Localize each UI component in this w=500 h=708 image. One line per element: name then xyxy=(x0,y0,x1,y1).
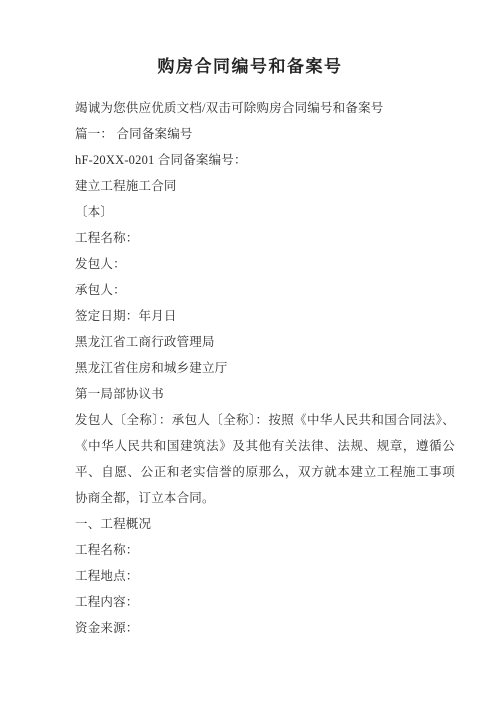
funding-source-label: 资金来源： xyxy=(75,615,455,641)
signing-date-line: 签定日期：年月日 xyxy=(75,303,455,329)
project-name-label-2: 工程名称： xyxy=(75,537,455,563)
contract-record-number-line: hF-20XX-0201 合同备案编号： xyxy=(75,147,455,173)
project-overview-heading: 一、工程概况 xyxy=(75,511,455,537)
admin-bureau-line: 黑龙江省工商行政管理局 xyxy=(75,329,455,355)
project-location-label: 工程地点： xyxy=(75,563,455,589)
section-one-heading: 篇一： 合同备案编号 xyxy=(75,121,455,147)
document-body: 竭诚为您供应优质文档/双击可除购房合同编号和备案号 篇一： 合同备案编号 hF-… xyxy=(75,95,455,641)
agreement-paragraph: 发包人〔全称〕：承包人〔全称〕：按照《中华人民共和国合同法》、《中华人民共和国建… xyxy=(75,407,455,511)
housing-department-line: 黑龙江省住房和城乡建立厅 xyxy=(75,355,455,381)
part-one-agreement-heading: 第一局部协议书 xyxy=(75,381,455,407)
contractor-label: 承包人： xyxy=(75,277,455,303)
employer-label: 发包人： xyxy=(75,251,455,277)
project-name-label: 工程名称： xyxy=(75,225,455,251)
construction-contract-title: 建立工程施工合同 xyxy=(75,173,455,199)
ben-bracket-line: 〔本〕 xyxy=(75,199,455,225)
project-content-label: 工程内容： xyxy=(75,589,455,615)
intro-line: 竭诚为您供应优质文档/双击可除购房合同编号和备案号 xyxy=(75,95,455,121)
document-page: 购房合同编号和备案号 竭诚为您供应优质文档/双击可除购房合同编号和备案号 篇一：… xyxy=(0,0,500,708)
document-title: 购房合同编号和备案号 xyxy=(0,0,500,78)
